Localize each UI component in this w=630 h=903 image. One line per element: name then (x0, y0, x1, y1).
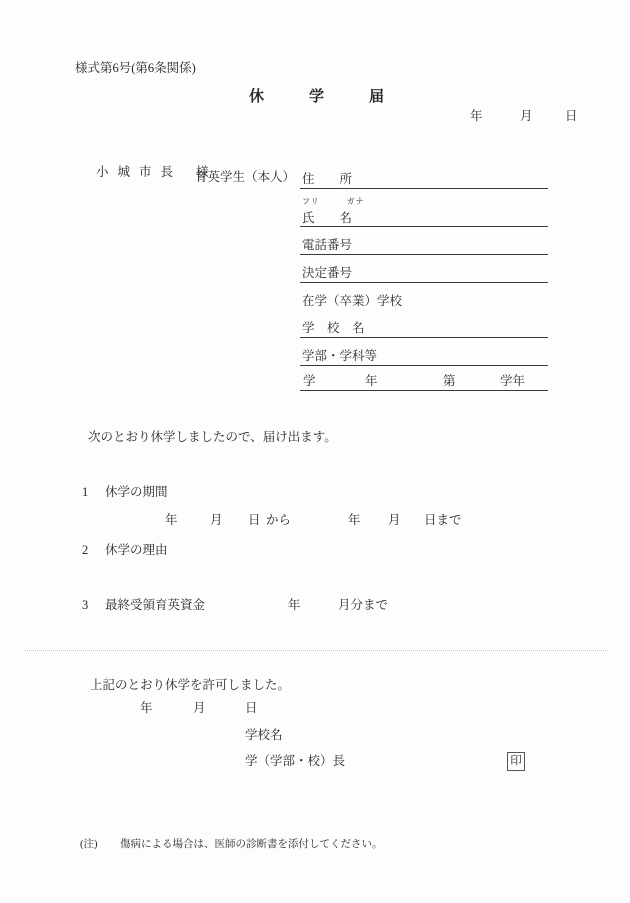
addressee-name: 小城市長 (96, 165, 182, 179)
item-3-label: 最終受領育英資金 (105, 598, 205, 614)
scholarship-month-label: 月分まで (338, 598, 388, 614)
period-start-month-label: 月 (210, 513, 223, 529)
item-2-row: 2 休学の理由 (0, 543, 630, 559)
note-text: 傷病による場合は、医師の診断書を添付してください。 (120, 838, 383, 851)
approval-date-line: 年 月 日 (0, 701, 630, 717)
period-start-year-label: 年 (165, 513, 178, 529)
applicant-label: 育英学生（本人） (195, 170, 295, 186)
field-phone: 電話番号 (300, 236, 548, 255)
top-date-month-label: 月 (520, 109, 533, 125)
principal-label: 学（学部・校）長 (245, 754, 345, 770)
document-title: 休学届 (249, 88, 429, 107)
field-grade: 学 年 第 学年 (300, 372, 548, 391)
cut-separator-line (25, 650, 608, 651)
grade-label-dai: 第 (443, 371, 456, 389)
leave-period-line: 年 月 日 から 年 月 日まで (0, 513, 630, 529)
note-label: (注) (80, 838, 98, 851)
grade-label-nen: 年 (365, 371, 378, 389)
item-3-number: 3 (82, 598, 88, 614)
field-name: フリ ガナ 氏 名 (300, 196, 548, 227)
period-end-month-label: 月 (388, 513, 401, 529)
document-page: { "doc": { "form_number": "様式第6号(第6条関係)"… (0, 0, 630, 903)
item-1-row: 1 休学の期間 (0, 485, 630, 501)
form-number: 様式第6号(第6条関係) (75, 61, 196, 77)
phone-label: 電話番号 (302, 235, 352, 253)
declaration-statement: 次のとおり休学しましたので、届け出ます。 (88, 430, 337, 446)
department-label: 学部・学科等 (302, 346, 377, 364)
grade-label-gaku: 学 (303, 371, 316, 389)
period-start-day-label: 日 (248, 513, 261, 529)
top-date-line: 年 月 日 (0, 109, 630, 125)
field-school-name: 学 校 名 (300, 319, 548, 338)
decision-number-label: 決定番号 (302, 263, 352, 281)
name-label: 氏 名 (302, 211, 352, 225)
address-label: 住 所 (302, 169, 352, 187)
school-section-heading: 在学（卒業）学校 (302, 294, 402, 310)
item-3-row: 3 最終受領育英資金 年 月分まで (0, 598, 630, 614)
approval-year-label: 年 (140, 701, 153, 717)
period-from-label: から (266, 513, 291, 529)
field-department: 学部・学科等 (300, 347, 548, 366)
addressee: 小城市長様 (88, 142, 209, 182)
approval-statement: 上記のとおり休学を許可しました。 (90, 678, 290, 694)
approval-month-label: 月 (193, 701, 206, 717)
item-2-label: 休学の理由 (105, 543, 168, 559)
furigana-label: フリ ガナ (302, 196, 548, 207)
field-decision-number: 決定番号 (300, 264, 548, 283)
approval-school-name-label: 学校名 (245, 728, 283, 744)
seal-mark: 印 (507, 752, 525, 771)
period-end-year-label: 年 (348, 513, 361, 529)
period-end-day-label: 日まで (424, 513, 462, 529)
item-1-number: 1 (82, 485, 88, 501)
grade-label-gakunen: 学年 (500, 371, 525, 389)
footer-note: (注) 傷病による場合は、医師の診断書を添付してください。 (0, 838, 630, 854)
school-name-label: 学 校 名 (302, 318, 365, 336)
top-date-day-label: 日 (565, 109, 578, 125)
approval-day-label: 日 (245, 701, 258, 717)
item-2-number: 2 (82, 543, 88, 559)
top-date-year-label: 年 (470, 109, 483, 125)
item-1-label: 休学の期間 (105, 485, 168, 501)
field-address: 住 所 (300, 168, 548, 189)
scholarship-year-label: 年 (288, 598, 301, 614)
